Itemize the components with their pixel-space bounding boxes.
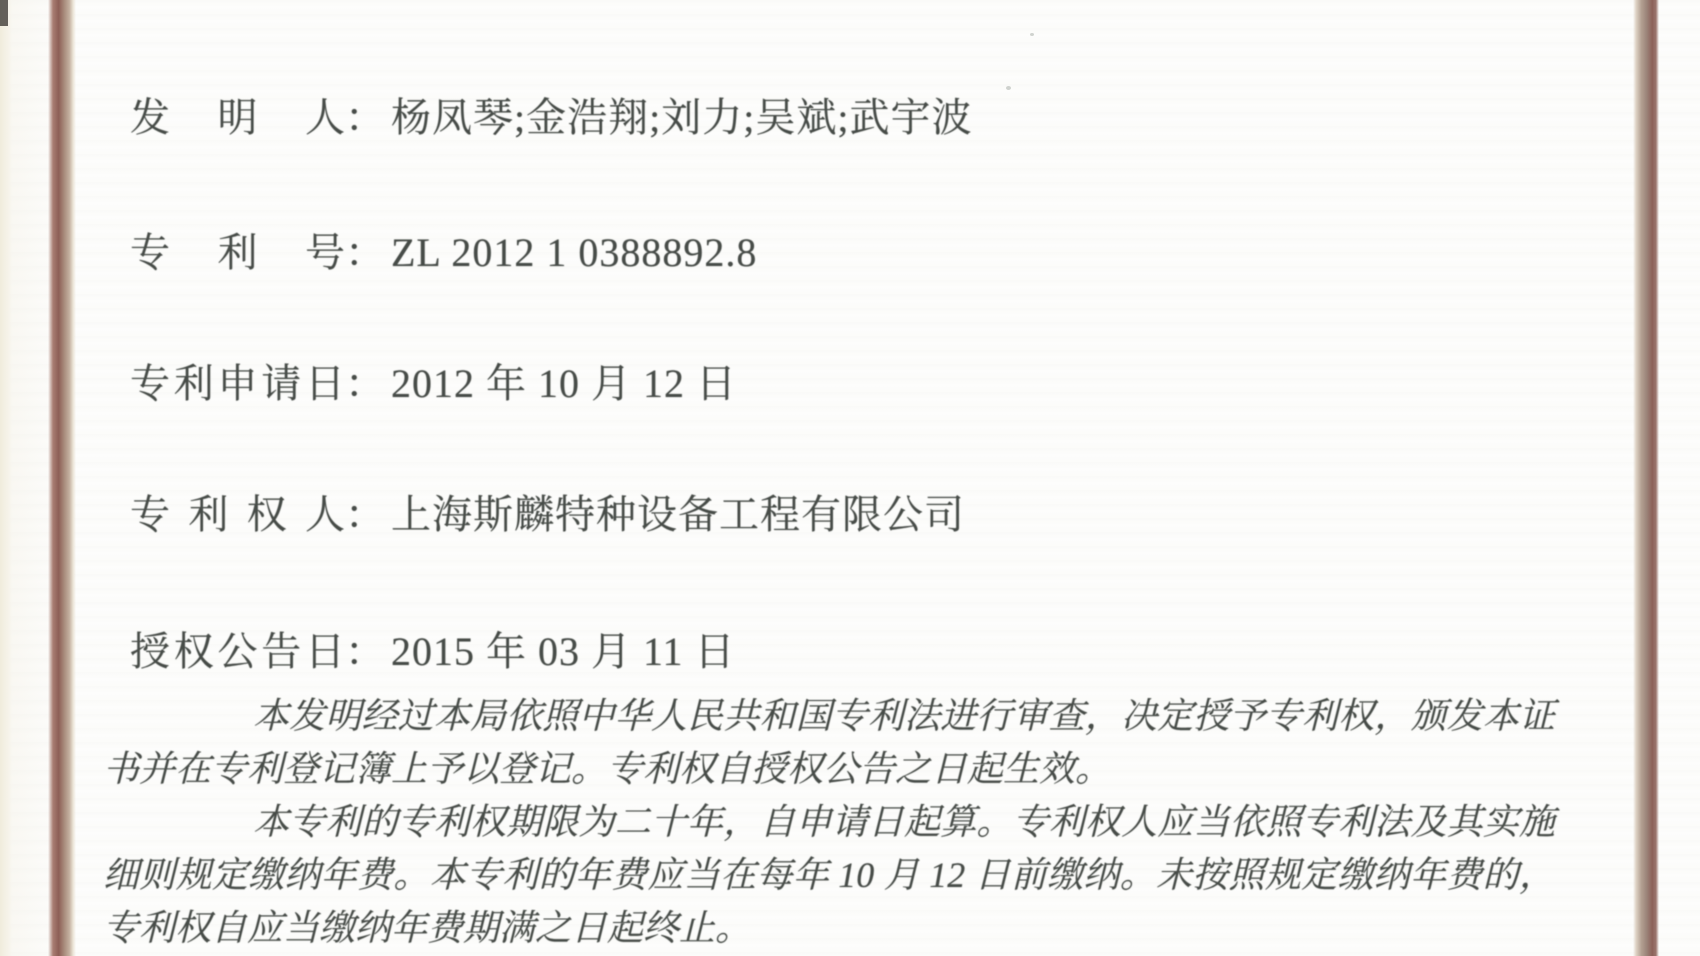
certificate-border-left [48, 0, 76, 956]
legal-paragraph-grant: 本发明经过本局依照中华人民共和国专利法进行审查，决定授予专利权，颁发本证书并在专… [103, 690, 1555, 796]
scan-noise-dot [1030, 33, 1034, 36]
field-grant-publication-date: 授权公告日：2015 年 03 月 11 日 [130, 620, 736, 677]
label-colon: ： [345, 620, 385, 677]
application-date-value: 2012 年 10 月 12 日 [391, 352, 737, 409]
field-patentee: 专利权人：上海斯麟特种设备工程有限公司 [130, 483, 965, 540]
application-date-label: 专利申请日 [130, 352, 345, 409]
grant-date-label: 授权公告日 [130, 620, 345, 677]
page-left-edge [0, 0, 12, 956]
field-patent-number: 专利号：ZL 2012 1 0388892.8 [130, 221, 757, 278]
patentee-value: 上海斯麟特种设备工程有限公司 [391, 483, 965, 540]
label-colon: ： [345, 221, 385, 278]
label-colon: ： [345, 483, 385, 540]
label-colon: ： [345, 86, 385, 143]
field-inventors: 发明人：杨凤琴;金浩翔;刘力;吴斌;武宇波 [130, 86, 972, 143]
label-colon: ： [345, 352, 385, 409]
grant-date-value: 2015 年 03 月 11 日 [391, 620, 736, 677]
scan-corner-mark [0, 0, 8, 26]
certificate-border-right [1633, 0, 1659, 956]
patentee-label: 专利权人 [130, 483, 345, 540]
inventors-label: 发明人 [130, 86, 345, 143]
scan-noise-dot [1006, 86, 1011, 90]
legal-paragraph-term-and-fees: 本专利的专利权期限为二十年，自申请日起算。专利权人应当依照专利法及其实施细则规定… [103, 796, 1555, 955]
patent-number-value: ZL 2012 1 0388892.8 [391, 229, 757, 276]
field-application-date: 专利申请日：2012 年 10 月 12 日 [130, 352, 737, 409]
certificate-legal-text: 本发明经过本局依照中华人民共和国专利法进行审查，决定授予专利权，颁发本证书并在专… [103, 690, 1555, 955]
inventors-value: 杨凤琴;金浩翔;刘力;吴斌;武宇波 [391, 86, 972, 143]
patent-number-label: 专利号 [130, 221, 345, 278]
